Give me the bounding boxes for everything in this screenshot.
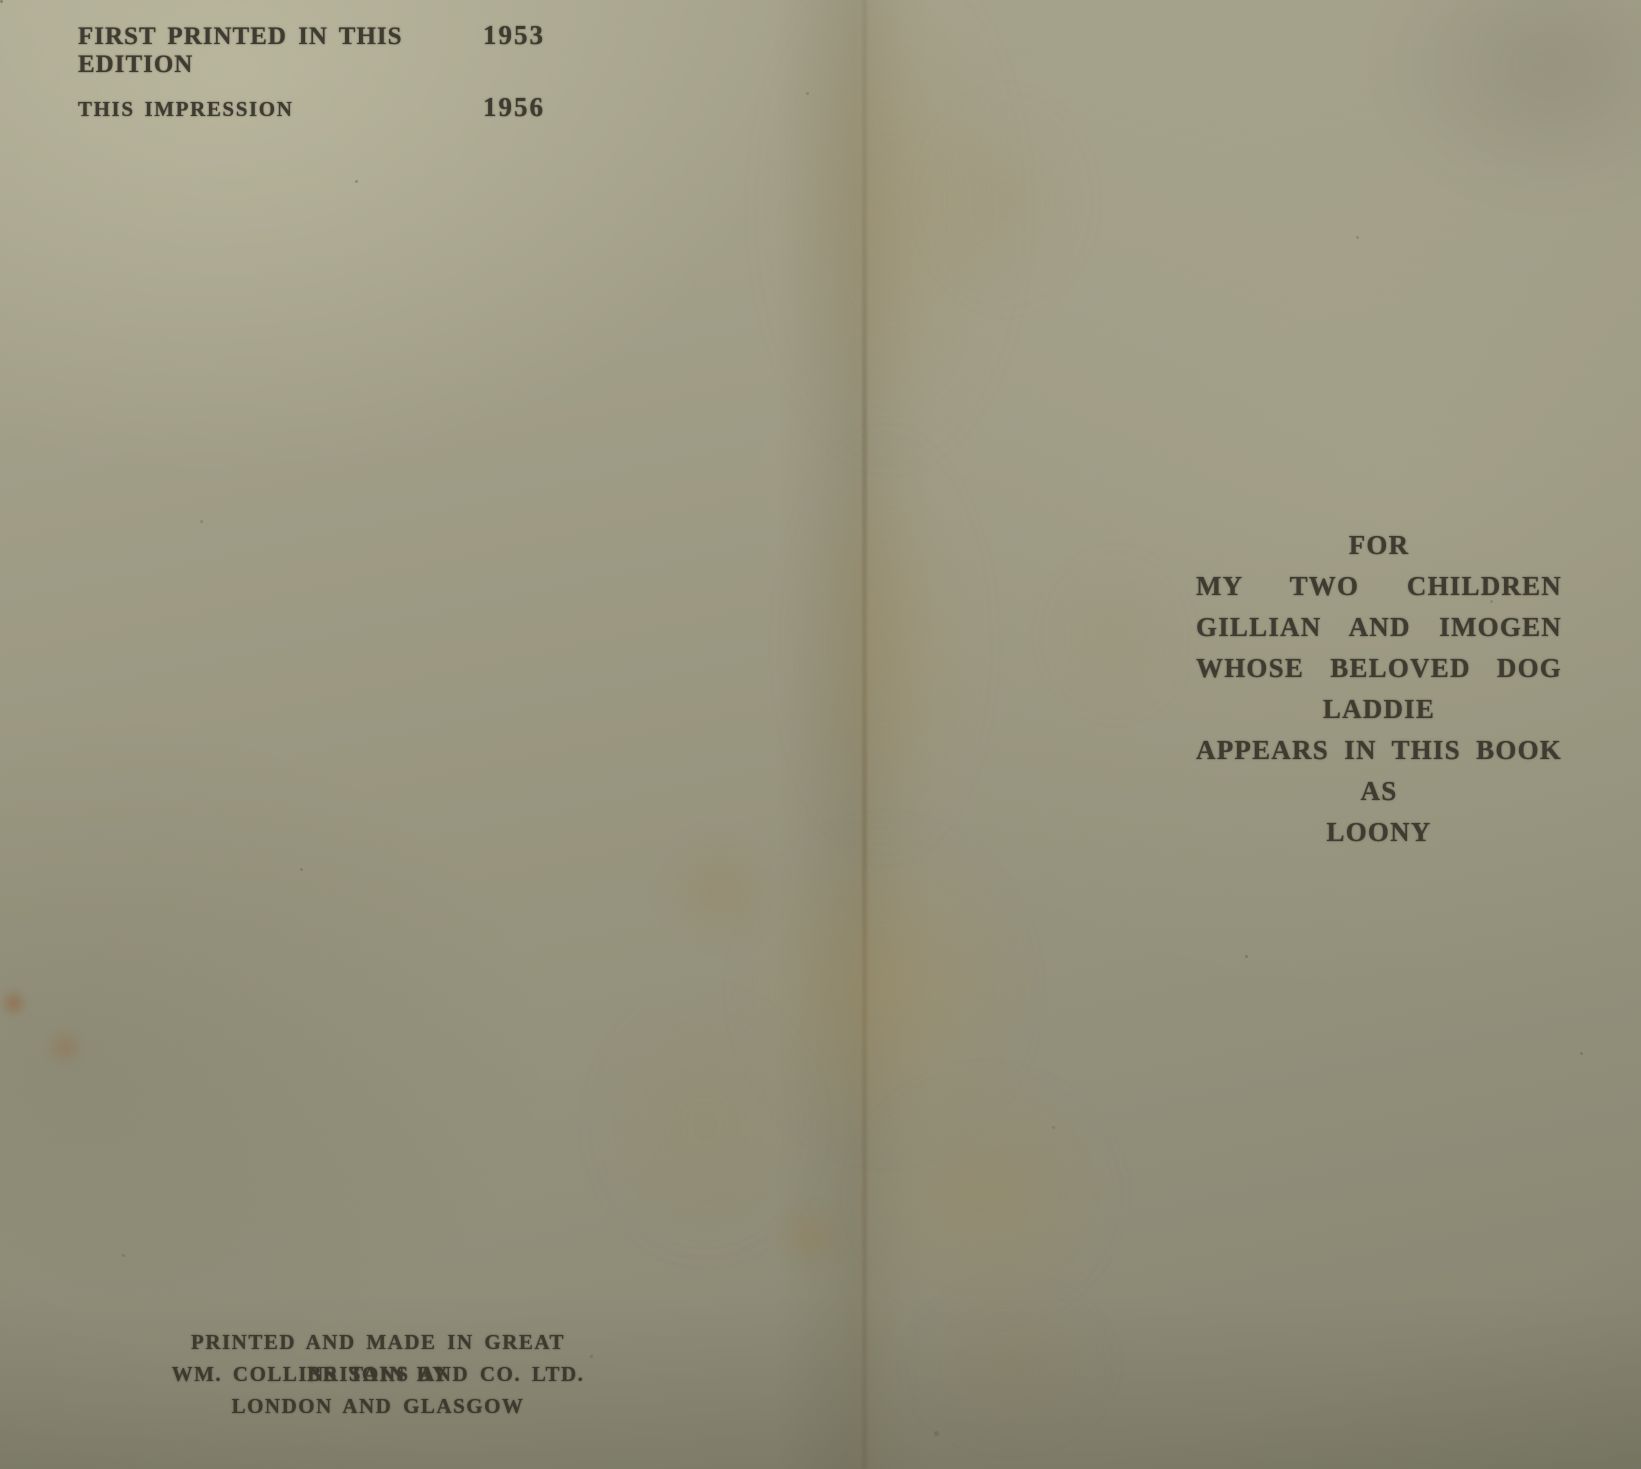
photo-vignette xyxy=(0,0,1641,1469)
book-spread-photo: FIRST PRINTED IN THIS EDITION 1953 THIS … xyxy=(0,0,1641,1469)
